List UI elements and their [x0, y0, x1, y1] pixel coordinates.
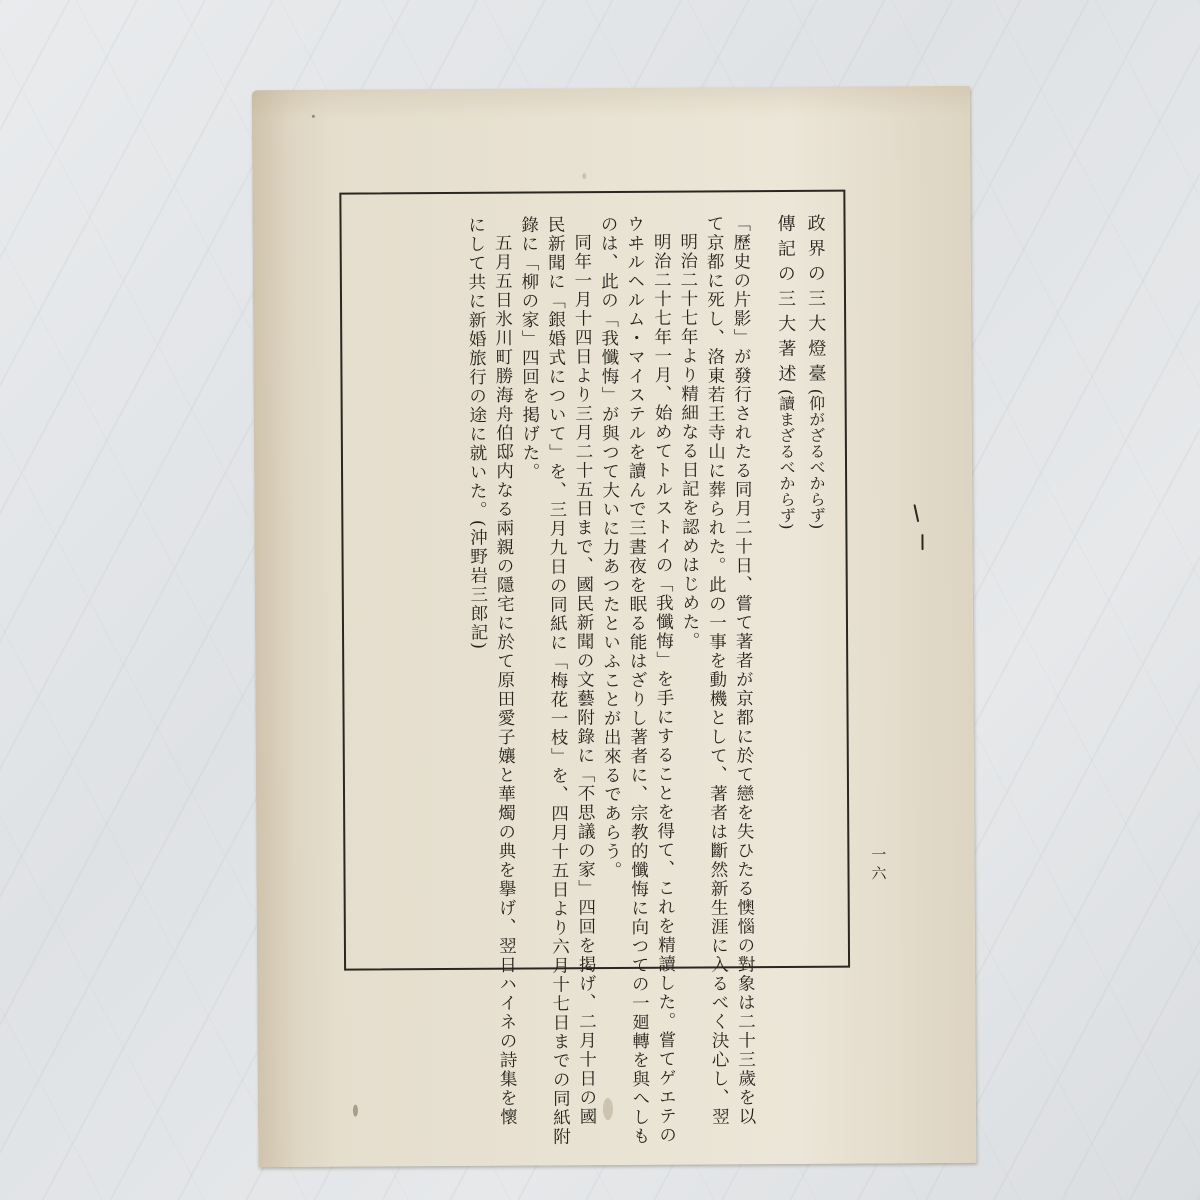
- text-column: ウヰルヘルム・マイステルを讀んで三晝夜を眠る能はざりし著者に、宗教的懺悔に向つて…: [621, 215, 652, 955]
- text-column: 同年一月十四日より三月二十五日まで、國民新聞の文藝附錄に「不思議の家」四回を掲げ…: [568, 215, 599, 955]
- heading-politics: 政界の三大燈臺(仰がざるべからず): [799, 214, 834, 954]
- page-number: 一六: [868, 846, 889, 884]
- heading-block: 政界の三大燈臺(仰がざるべからず) 傳記の三大著述(讀まざるべからず): [769, 214, 834, 954]
- paper-stain: [353, 1105, 358, 1117]
- margin-tick-mark: [921, 534, 923, 550]
- text-frame-border: 政界の三大燈臺(仰がざるべからず) 傳記の三大著述(讀まざるべからず) 「歷史の…: [339, 190, 850, 971]
- text-column: 錄に「柳の家」四回を掲げた。: [515, 215, 546, 955]
- heading-biography: 傳記の三大著述(讀まざるべからず): [769, 214, 804, 954]
- text-column: のは、此の「我懺悔」が與つて大いに力あつたといふことが出來るであらう。: [594, 215, 625, 955]
- text-column: 明治二十七年より精細なる日記を認めはじめた。: [674, 214, 705, 954]
- text-column: 五月五日氷川町勝海舟伯邸内なる兩親の隱宅に於て原田愛子孃と華燭の典を擧げ、翌日ハ…: [488, 216, 519, 956]
- margin-tick-mark: [913, 504, 919, 522]
- paper-stain: [582, 173, 586, 179]
- text-column: 「歷史の片影」が發行されたる同月二十日、嘗て著者が京都に於て戀を失ひたる懊惱の對…: [727, 214, 758, 954]
- book-page: 政界の三大燈臺(仰がざるべからず) 傳記の三大著述(讀まざるべからず) 「歷史の…: [252, 86, 977, 1167]
- text-column: 明治二十七年一月、始めてトルストイの「我懺悔」を手にすることを得て、これを精讀し…: [647, 215, 678, 955]
- text-column: にして共に新婚旅行の途に就いた。(沖野岩三郎記): [462, 216, 493, 956]
- paper-stain: [603, 1098, 613, 1120]
- paper-stain: [312, 115, 315, 118]
- text-column: て京都に死し、洛東若王寺山に葬られた。此の一事を動機として、著者は斷然新生涯に入…: [700, 214, 731, 954]
- text-column: 民新聞に「銀婚式について」を、三月九日の同紙に「梅花一枝」を、四月十五日より六月…: [541, 215, 572, 955]
- body-text: 「歷史の片影」が發行されたる同月二十日、嘗て著者が京都に於て戀を失ひたる懊惱の對…: [462, 214, 758, 956]
- vertical-text-block: 政界の三大燈臺(仰がざるべからず) 傳記の三大著述(讀まざるべからず) 「歷史の…: [462, 214, 834, 956]
